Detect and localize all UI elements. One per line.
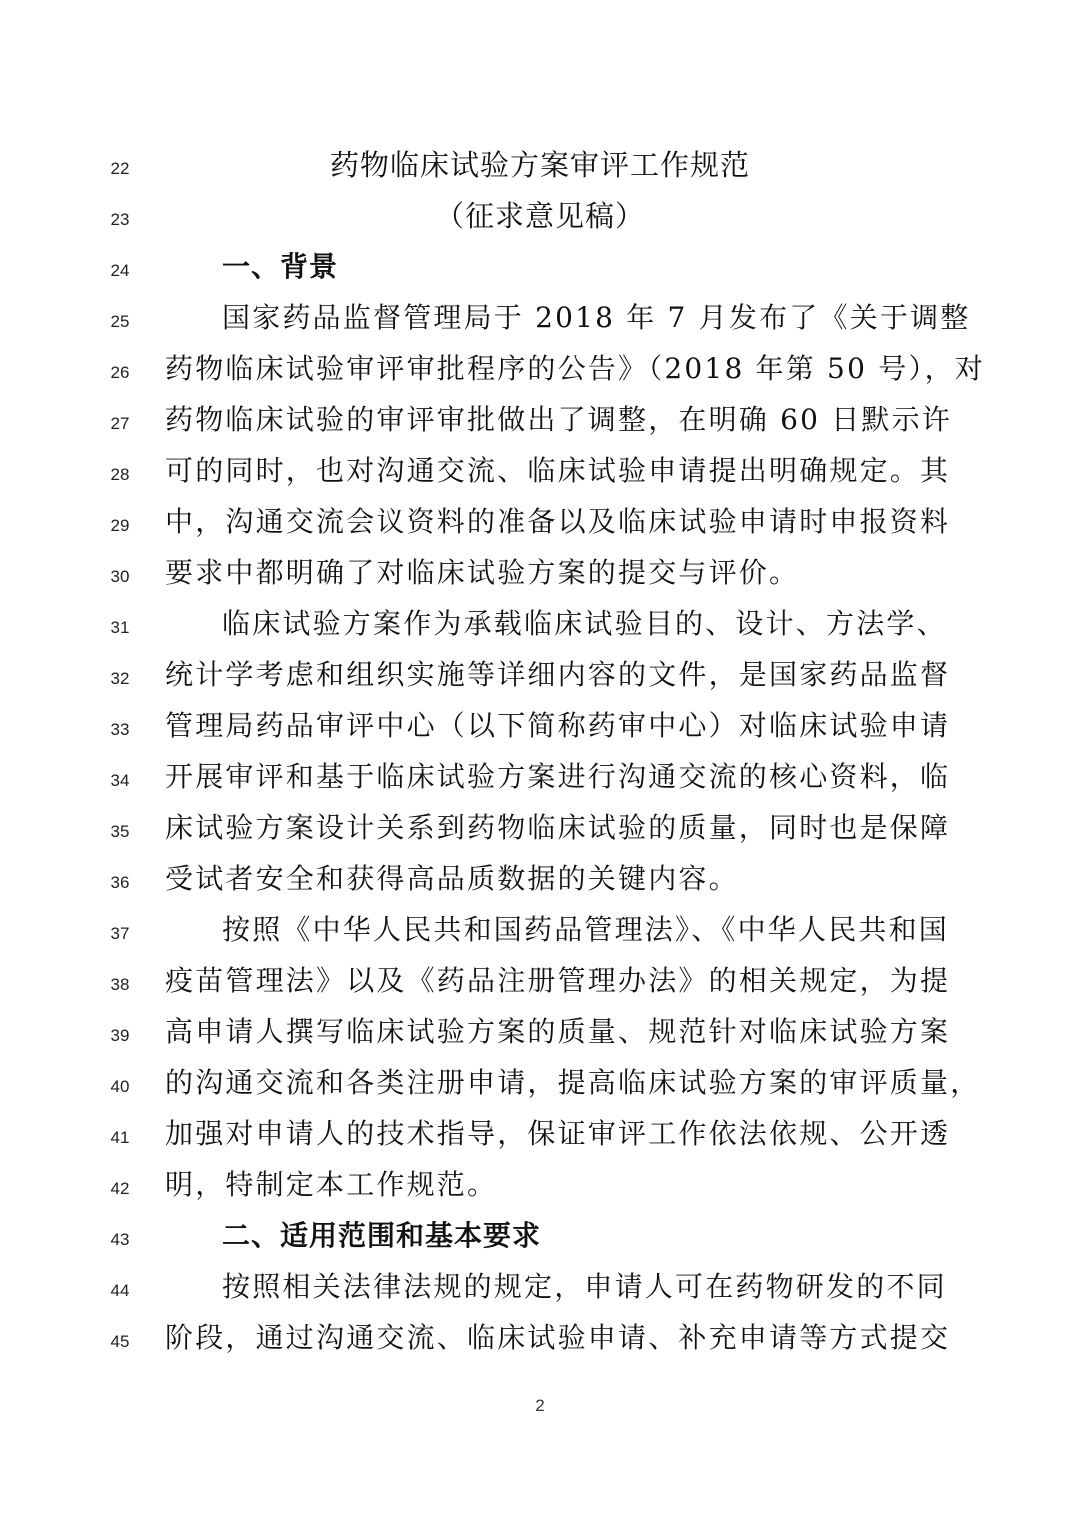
document-line: 35 床试验方案设计关系到药物临床试验的质量，同时也是保障 [0,808,1080,859]
paragraph-line: 管理局药品审评中心（以下简称药审中心）对临床试验申请 [165,706,917,746]
line-number: 31 [100,618,140,638]
document-line: 40 的沟通交流和各类注册申请，提高临床试验方案的审评质量， [0,1063,1080,1114]
paragraph-line: 受试者安全和获得高品质数据的关键内容。 [165,859,917,899]
section-heading: 一、背景 [222,247,974,287]
line-number: 41 [100,1128,140,1148]
document-line: 41 加强对申请人的技术指导，保证审评工作依法依规、公开透 [0,1114,1080,1165]
document-line: 23 （征求意见稿） [0,196,1080,247]
line-number: 29 [100,516,140,536]
paragraph-line: 要求中都明确了对临床试验方案的提交与评价。 [165,553,917,593]
paragraph-line: 疫苗管理法》以及《药品注册管理办法》的相关规定，为提 [165,961,917,1001]
paragraph-line: 药物临床试验审评审批程序的公告》（2018 年第 50 号），对 [165,349,917,389]
line-number: 33 [100,720,140,740]
line-number: 39 [100,1026,140,1046]
section-heading: 二、适用范围和基本要求 [222,1216,974,1256]
paragraph-line: 药物临床试验的审评审批做出了调整，在明确 60 日默示许 [165,400,917,440]
document-line: 34 开展审评和基于临床试验方案进行沟通交流的核心资料，临 [0,757,1080,808]
document-line: 26 药物临床试验审评审批程序的公告》（2018 年第 50 号），对 [0,349,1080,400]
line-number: 34 [100,771,140,791]
line-number: 43 [100,1230,140,1250]
line-number: 30 [100,567,140,587]
paragraph-line: 高申请人撰写临床试验方案的质量、规范针对临床试验方案 [165,1012,917,1052]
line-number: 28 [100,465,140,485]
document-line: 27 药物临床试验的审评审批做出了调整，在明确 60 日默示许 [0,400,1080,451]
line-number: 40 [100,1077,140,1097]
document-line: 25 国家药品监督管理局于 2018 年 7 月发布了《关于调整 [0,298,1080,349]
line-number: 38 [100,975,140,995]
paragraph-line: 加强对申请人的技术指导，保证审评工作依法依规、公开透 [165,1114,917,1154]
document-line: 28 可的同时，也对沟通交流、临床试验申请提出明确规定。其 [0,451,1080,502]
document-line: 39 高申请人撰写临床试验方案的质量、规范针对临床试验方案 [0,1012,1080,1063]
document-line: 38 疫苗管理法》以及《药品注册管理办法》的相关规定，为提 [0,961,1080,1012]
document-line: 31 临床试验方案作为承载临床试验目的、设计、方法学、 [0,604,1080,655]
document-line: 22 药物临床试验方案审评工作规范 [0,145,1080,196]
document-line: 45 阶段，通过沟通交流、临床试验申请、补充申请等方式提交 [0,1318,1080,1369]
line-number: 26 [100,363,140,383]
document-line: 33 管理局药品审评中心（以下简称药审中心）对临床试验申请 [0,706,1080,757]
line-number: 35 [100,822,140,842]
document-title: 药物临床试验方案审评工作规范 [0,145,1080,185]
document-line: 29 中，沟通交流会议资料的准备以及临床试验申请时申报资料 [0,502,1080,553]
paragraph-line: 床试验方案设计关系到药物临床试验的质量，同时也是保障 [165,808,917,848]
paragraph-line: 按照相关法律法规的规定，申请人可在药物研发的不同 [222,1267,917,1307]
line-number: 42 [100,1179,140,1199]
line-number: 32 [100,669,140,689]
paragraph-line: 开展审评和基于临床试验方案进行沟通交流的核心资料，临 [165,757,917,797]
line-number: 45 [100,1332,140,1352]
document-subtitle: （征求意见稿） [0,196,1080,236]
paragraph-line: 明，特制定本工作规范。 [165,1165,917,1205]
document-line: 42 明，特制定本工作规范。 [0,1165,1080,1216]
paragraph-line: 统计学考虑和组织实施等详细内容的文件，是国家药品监督 [165,655,917,695]
line-number: 36 [100,873,140,893]
document-line: 43 二、适用范围和基本要求 [0,1216,1080,1267]
document-line: 37 按照《中华人民共和国药品管理法》、《中华人民共和国 [0,910,1080,961]
paragraph-line: 可的同时，也对沟通交流、临床试验申请提出明确规定。其 [165,451,917,491]
document-line: 30 要求中都明确了对临床试验方案的提交与评价。 [0,553,1080,604]
paragraph-line: 国家药品监督管理局于 2018 年 7 月发布了《关于调整 [222,298,917,338]
line-number: 24 [100,261,140,281]
line-number: 44 [100,1281,140,1301]
paragraph-line: 中，沟通交流会议资料的准备以及临床试验申请时申报资料 [165,502,917,542]
document-line: 32 统计学考虑和组织实施等详细内容的文件，是国家药品监督 [0,655,1080,706]
line-number: 25 [100,312,140,332]
paragraph-line: 的沟通交流和各类注册申请，提高临床试验方案的审评质量， [165,1063,931,1103]
line-number: 37 [100,924,140,944]
document-page: 22 药物临床试验方案审评工作规范 23 （征求意见稿） 24 一、背景 25 … [0,0,1080,1527]
document-line: 44 按照相关法律法规的规定，申请人可在药物研发的不同 [0,1267,1080,1318]
paragraph-line: 阶段，通过沟通交流、临床试验申请、补充申请等方式提交 [165,1318,917,1358]
paragraph-line: 临床试验方案作为承载临床试验目的、设计、方法学、 [222,604,917,644]
page-number: 2 [0,1396,1080,1416]
document-line: 24 一、背景 [0,247,1080,298]
paragraph-line: 按照《中华人民共和国药品管理法》、《中华人民共和国 [222,910,917,950]
line-number: 27 [100,414,140,434]
document-line: 36 受试者安全和获得高品质数据的关键内容。 [0,859,1080,910]
